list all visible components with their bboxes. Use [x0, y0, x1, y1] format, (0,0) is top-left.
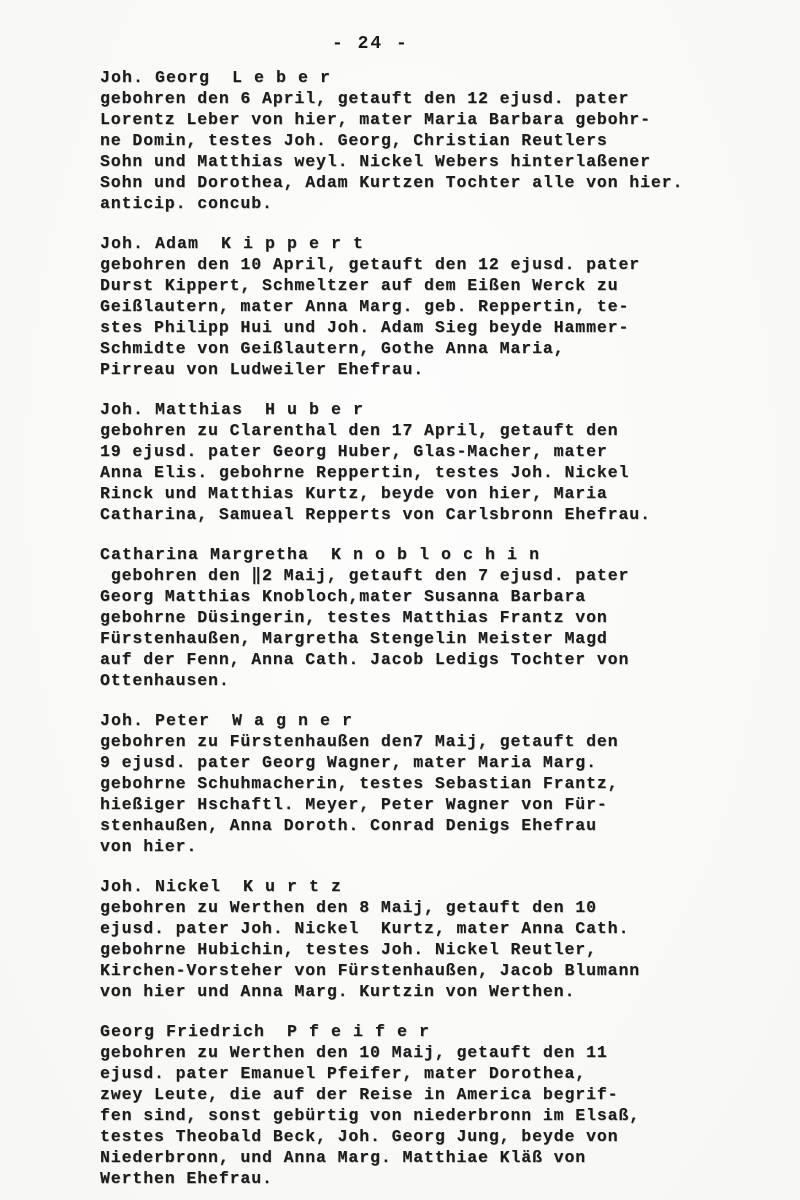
record-line: Anna Elis. gebohrne Reppertin, testes Jo…: [100, 462, 800, 483]
record-line: Geißlautern, mater Anna Marg. geb. Reppe…: [100, 296, 800, 317]
record-line: hießiger Hschaftl. Meyer, Peter Wagner v…: [100, 794, 800, 815]
record-name: Joh. Peter W a g n e r: [100, 710, 800, 731]
record-line: fen sind, sonst gebürtig von niederbronn…: [100, 1105, 800, 1126]
record-line: Niederbronn, und Anna Marg. Matthiae Klä…: [100, 1147, 800, 1168]
record-line: Georg Matthias Knobloch,mater Susanna Ba…: [100, 586, 800, 607]
record-name: Catharina Margretha K n o b l o c h i n: [100, 544, 800, 565]
record-line: anticip. concub.: [100, 193, 800, 214]
record-line: gebohrne Hubichin, testes Joh. Nickel Re…: [100, 939, 800, 960]
record-line: Sohn und Dorothea, Adam Kurtzen Tochter …: [100, 172, 800, 193]
record-line: Werthen Ehefrau.: [100, 1168, 800, 1189]
record-line: stes Philipp Hui und Joh. Adam Sieg beyd…: [100, 317, 800, 338]
records: Joh. Georg L e b e rgebohren den 6 April…: [100, 67, 800, 1189]
record-line: von hier und Anna Marg. Kurtzin von Wert…: [100, 981, 800, 1002]
baptism-record: Joh. Adam K i p p e r tgebohren den 10 A…: [100, 233, 800, 380]
record-name: Georg Friedrich P f e i f e r: [100, 1021, 800, 1042]
baptism-record: Joh. Peter W a g n e rgebohren zu Fürste…: [100, 710, 800, 857]
record-line: gebohren zu Clarenthal den 17 April, get…: [100, 420, 800, 441]
record-line: gebohrne Schuhmacherin, testes Sebastian…: [100, 773, 800, 794]
baptism-record: Catharina Margretha K n o b l o c h i n …: [100, 544, 800, 691]
record-line: Fürstenhaußen, Margretha Stengelin Meist…: [100, 628, 800, 649]
record-line: ne Domin, testes Joh. Georg, Christian R…: [100, 130, 800, 151]
record-line: Lorentz Leber von hier, mater Maria Barb…: [100, 109, 800, 130]
record-name: Joh. Georg L e b e r: [100, 67, 800, 88]
record-line: zwey Leute, die auf der Reise in America…: [100, 1084, 800, 1105]
record-line: 9 ejusd. pater Georg Wagner, mater Maria…: [100, 752, 800, 773]
record-line: testes Theobald Beck, Joh. Georg Jung, b…: [100, 1126, 800, 1147]
record-line: von hier.: [100, 836, 800, 857]
scanned-register-page: - 24 - Joh. Georg L e b e rgebohren den …: [0, 0, 800, 1200]
record-line: gebohren zu Fürstenhaußen den7 Maij, get…: [100, 731, 800, 752]
record-name: Joh. Adam K i p p e r t: [100, 233, 800, 254]
record-line: 19 ejusd. pater Georg Huber, Glas-Macher…: [100, 441, 800, 462]
record-line: gebohren den 10 April, getauft den 12 ej…: [100, 254, 800, 275]
baptism-record: Joh. Nickel K u r t zgebohren zu Werthen…: [100, 876, 800, 1002]
record-name: Joh. Matthias H u b e r: [100, 399, 800, 420]
record-line: gebohren zu Werthen den 10 Maij, getauft…: [100, 1042, 800, 1063]
record-line: Catharina, Samueal Repperts von Carlsbro…: [100, 504, 800, 525]
baptism-record: Georg Friedrich P f e i f e rgebohren zu…: [100, 1021, 800, 1189]
record-line: ejusd. pater Emanuel Pfeifer, mater Doro…: [100, 1063, 800, 1084]
record-line: gebohren den 6 April, getauft den 12 eju…: [100, 88, 800, 109]
baptism-record: Joh. Georg L e b e rgebohren den 6 April…: [100, 67, 800, 214]
record-line: Pirreau von Ludweiler Ehefrau.: [100, 359, 800, 380]
record-name: Joh. Nickel K u r t z: [100, 876, 800, 897]
record-line: Durst Kippert, Schmeltzer auf dem Eißen …: [100, 275, 800, 296]
record-line: Rinck und Matthias Kurtz, beyde von hier…: [100, 483, 800, 504]
record-line: stenhaußen, Anna Doroth. Conrad Denigs E…: [100, 815, 800, 836]
record-line: Ottenhausen.: [100, 670, 800, 691]
record-line: Schmidte von Geißlautern, Gothe Anna Mar…: [100, 338, 800, 359]
record-line: ejusd. pater Joh. Nickel Kurtz, mater An…: [100, 918, 800, 939]
baptism-record: Joh. Matthias H u b e rgebohren zu Clare…: [100, 399, 800, 525]
record-line: gebohrne Düsingerin, testes Matthias Fra…: [100, 607, 800, 628]
record-line: Kirchen-Vorsteher von Fürstenhaußen, Jac…: [100, 960, 800, 981]
record-line: auf der Fenn, Anna Cath. Jacob Ledigs To…: [100, 649, 800, 670]
page-number: - 24 -: [332, 34, 800, 55]
record-line: gebohren den ‖2 Maij, getauft den 7 ejus…: [100, 565, 800, 586]
record-line: Sohn und Matthias weyl. Nickel Webers hi…: [100, 151, 800, 172]
record-line: gebohren zu Werthen den 8 Maij, getauft …: [100, 897, 800, 918]
